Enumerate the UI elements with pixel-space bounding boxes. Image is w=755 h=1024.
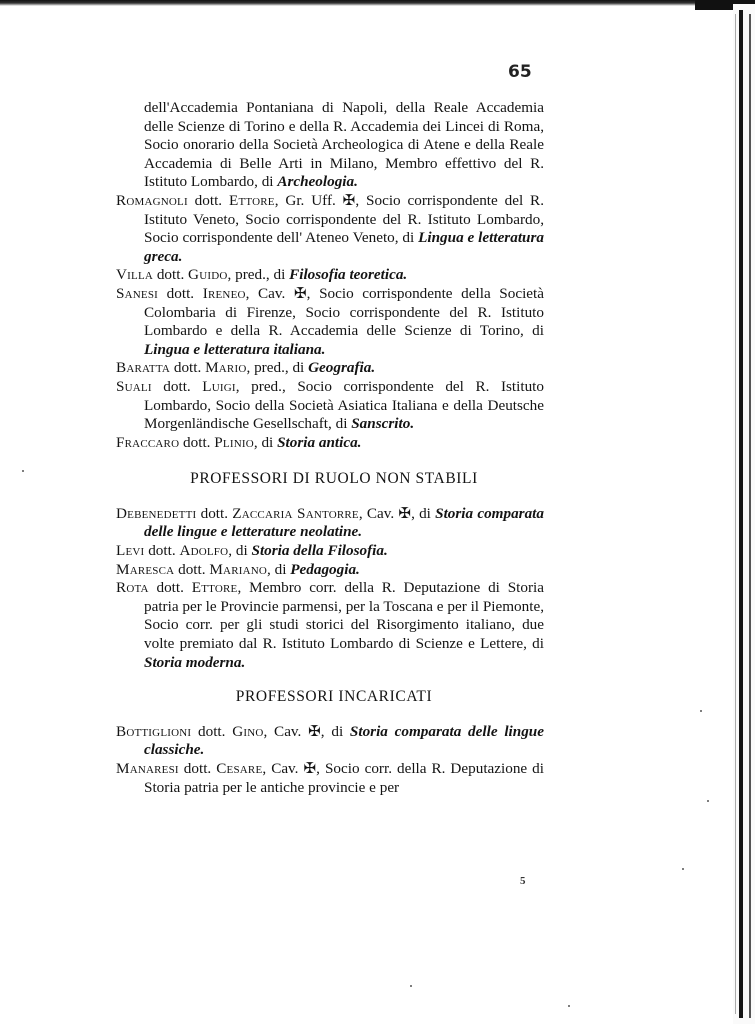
scan-speck (682, 868, 684, 870)
entry-text: , di (267, 561, 290, 578)
entry-suali: Suali dott. Luigi, pred., Socio corrispo… (116, 378, 544, 434)
spine-line (749, 14, 751, 1018)
entry-title: dott. (179, 760, 216, 777)
entry-firstname: Guido (188, 266, 227, 283)
entry-title: dott. (158, 285, 203, 302)
entry-title: dott. (170, 359, 205, 376)
entry-firstname: Ireneo (203, 285, 246, 302)
entry-firstname: Zaccaria Santorre (232, 505, 359, 522)
entry-title: dott. (153, 266, 188, 283)
entry-subject: Storia antica. (277, 434, 361, 451)
entry-surname: Rota (116, 579, 149, 596)
entry-firstname: Mariano (209, 561, 267, 578)
scan-speck (568, 1005, 570, 1007)
entry-surname: Debenedetti (116, 505, 196, 522)
entry-firstname: Ettore (192, 579, 238, 596)
entry-subject: Storia della Filosofia. (252, 542, 388, 559)
entry-surname: Maresca (116, 561, 174, 578)
entry-sanesi: Sanesi dott. Ireneo, Cav. ✠, Socio corri… (116, 285, 544, 359)
entry-rota: Rota dott. Ettore, Membro corr. della R.… (116, 579, 544, 672)
entry-title: dott. (144, 542, 179, 559)
signature-mark: 5 (520, 875, 526, 887)
scan-speck (707, 800, 709, 802)
spine-line (735, 14, 736, 1014)
entry-firstname: Mario (205, 359, 246, 376)
entry-surname: Baratta (116, 359, 170, 376)
entry-levi: Levi dott. Adolfo, di Storia della Filos… (116, 542, 544, 561)
entry-subject: Pedagogia. (290, 561, 360, 578)
entry-firstname: Luigi (202, 378, 236, 395)
entry-subject: Geografia. (308, 359, 375, 376)
entry-subject: Sanscrito. (351, 415, 414, 432)
entry-title: dott. (191, 723, 232, 740)
entry-surname: Bottiglioni (116, 723, 191, 740)
entry-title: dott. (179, 434, 214, 451)
entry-firstname: Adolfo (179, 542, 228, 559)
entry-debenedetti: Debenedetti dott. Zaccaria Santorre, Cav… (116, 505, 544, 542)
scan-top-edge (0, 0, 755, 6)
entry-surname: Suali (116, 378, 152, 395)
entry-bottiglioni: Bottiglioni dott. Gino, Cav. ✠, di Stori… (116, 723, 544, 760)
entry-text: , pred., di (246, 359, 308, 376)
entry-text: , di (228, 542, 251, 559)
entry-text: , di (254, 434, 277, 451)
entry-text: , pred., di (228, 266, 290, 283)
entry-firstname: Cesare (216, 760, 262, 777)
entry-villa: Villa dott. Guido, pred., di Filosofia t… (116, 266, 544, 285)
entry-text: , Cav. ✠, di (264, 723, 350, 740)
page-number: 65 (508, 62, 532, 82)
book-spine-edge (733, 4, 755, 1024)
page-body: dell'Accademia Pontaniana di Napoli, del… (116, 99, 544, 797)
spine-line (739, 10, 743, 1018)
entry-surname: Romagnoli (116, 192, 188, 209)
entry-firstname: Ettore (229, 192, 275, 209)
entry-surname: Fraccaro (116, 434, 179, 451)
entry-surname: Manaresi (116, 760, 179, 777)
entry-subject: Storia moderna. (144, 654, 245, 671)
entry-fraccaro: Fraccaro dott. Plinio, di Storia antica. (116, 434, 544, 453)
section-heading-incaricati: PROFESSORI INCARICATI (116, 688, 544, 707)
scan-speck (700, 710, 702, 712)
entry-title: dott. (152, 378, 203, 395)
entry-title: dott. (188, 192, 229, 209)
entry-maresca: Maresca dott. Mariano, di Pedagogia. (116, 561, 544, 580)
entry-romagnoli: Romagnoli dott. Ettore, Gr. Uff. ✠, Soci… (116, 192, 544, 266)
entry-title: dott. (174, 561, 209, 578)
entry-surname: Sanesi (116, 285, 158, 302)
scan-speck (410, 985, 412, 987)
entry-title: dott. (196, 505, 232, 522)
entry-title: dott. (149, 579, 192, 596)
entry-subject: Lingua e letteratura italiana. (144, 341, 325, 358)
entry-firstname: Gino (232, 723, 263, 740)
entry-manaresi: Manaresi dott. Cesare, Cav. ✠, Socio cor… (116, 760, 544, 797)
entry-subject: Filosofia teoretica. (289, 266, 407, 283)
entry-subject: Archeologia. (277, 173, 358, 190)
entry-text: , Cav. ✠, di (359, 505, 435, 522)
scan-speck (22, 470, 24, 472)
entry-baratta: Baratta dott. Mario, pred., di Geografia… (116, 359, 544, 378)
entry-surname: Villa (116, 266, 153, 283)
section-heading-non-stabili: PROFESSORI DI RUOLO NON STABILI (116, 470, 544, 489)
entry-firstname: Plinio (214, 434, 254, 451)
entry-surname: Levi (116, 542, 144, 559)
entry-continuation: dell'Accademia Pontaniana di Napoli, del… (116, 99, 544, 192)
